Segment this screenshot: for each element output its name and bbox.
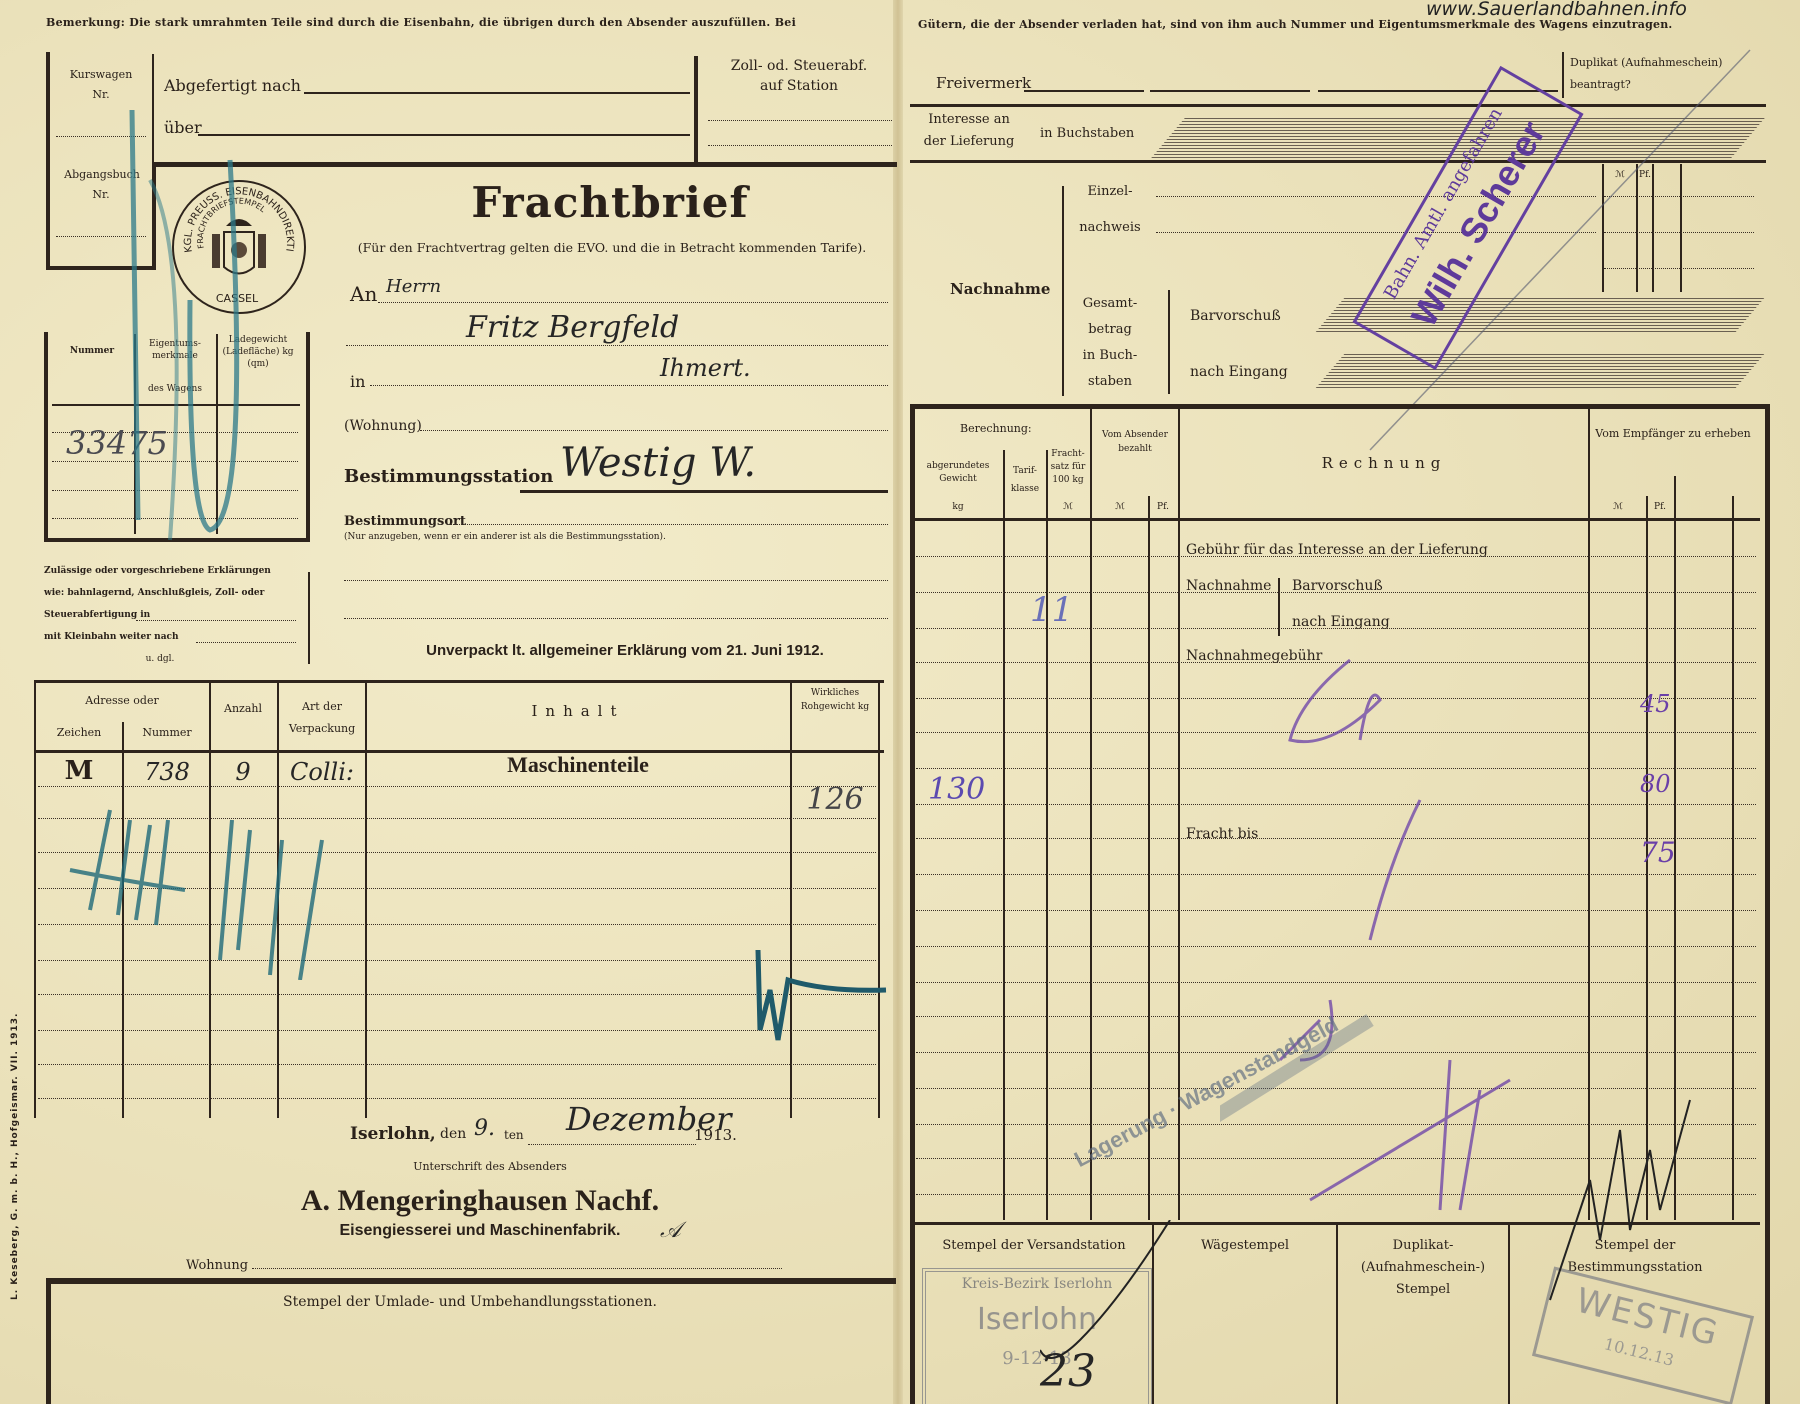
einzel-label-2: nachweis bbox=[1070, 220, 1150, 235]
gesamt-label-4: staben bbox=[1070, 374, 1150, 389]
einzel-label-1: Einzel- bbox=[1070, 184, 1150, 199]
steuerabfertigung-field[interactable] bbox=[136, 620, 296, 621]
freivermerk-field[interactable] bbox=[1024, 90, 1144, 92]
nachnahme-brace bbox=[1062, 186, 1064, 396]
nachnahme-label: Nachnahme bbox=[950, 280, 1050, 298]
col-gewicht: abgerundetes Gewicht bbox=[914, 460, 1002, 486]
blue-pencil-scribble bbox=[110, 100, 280, 560]
zoll-label-2: auf Station bbox=[706, 78, 892, 94]
date-day[interactable]: 9. bbox=[474, 1116, 495, 1141]
ten-label: ten bbox=[504, 1128, 524, 1142]
col-frachtsatz: Fracht-satz für 100 kg bbox=[1047, 448, 1089, 487]
stamp-waege-label: Wägestempel bbox=[1154, 1238, 1336, 1253]
place-label: Iserlohn, bbox=[350, 1124, 436, 1144]
dotted-line bbox=[378, 302, 888, 303]
freivermerk-field-line bbox=[1150, 90, 1310, 92]
an-label: An bbox=[350, 282, 377, 306]
gesamt-label-1: Gesamt- bbox=[1070, 296, 1150, 311]
recipient-name[interactable]: Fritz Bergfeld bbox=[466, 310, 679, 345]
box-border bbox=[44, 332, 48, 340]
goods-header-nummer: Nummer bbox=[124, 726, 210, 739]
goods-header-anzahl: Anzahl bbox=[211, 696, 275, 722]
dotted-line bbox=[420, 430, 888, 431]
declaration-line3: Steuerabfertigung in bbox=[44, 610, 150, 620]
remark-left: Bemerkung: Die stark umrahmten Teile sin… bbox=[46, 16, 796, 29]
gesamt-label-2: betrag bbox=[1070, 322, 1150, 337]
col-empfaenger: Vom Empfänger zu erheben bbox=[1590, 424, 1756, 444]
stamp-duplikat-label-2: (Aufnahmeschein-) bbox=[1338, 1260, 1508, 1275]
signature-initials[interactable]: 𝒜 bbox=[660, 1218, 681, 1243]
dotted-line bbox=[450, 524, 888, 525]
goods-header-zeichen: Zeichen bbox=[36, 726, 122, 739]
row-rule bbox=[916, 556, 1756, 557]
zoll-label-1: Zoll- od. Steuerabf. bbox=[706, 58, 892, 74]
thick-divider bbox=[46, 1278, 896, 1284]
goods-verpackung[interactable]: Colli: bbox=[279, 758, 365, 786]
table-divider bbox=[365, 682, 367, 1118]
freivermerk-label: Freivermerk bbox=[936, 74, 1031, 92]
station-label: Bestimmungsstation bbox=[344, 466, 553, 487]
date-year: 1913. bbox=[694, 1126, 737, 1144]
in-buchstaben-label: in Buchstaben bbox=[1040, 126, 1134, 141]
col-frachtsatz-unit: ℳ bbox=[1047, 502, 1089, 512]
signature-label: Unterschrift des Absenders bbox=[330, 1160, 650, 1173]
interesse-label-2: der Lieferung bbox=[914, 134, 1024, 149]
an-value[interactable]: Herrn bbox=[386, 276, 441, 297]
table-divider bbox=[790, 682, 792, 1118]
col-rechnung: Rechnung bbox=[1180, 454, 1588, 472]
gesamt-brace bbox=[1168, 290, 1170, 394]
col-absender-m: ℳ bbox=[1092, 502, 1148, 512]
dotted-line bbox=[528, 1144, 696, 1145]
declaration-line4: mit Kleinbahn weiter nach bbox=[44, 632, 179, 642]
ink-stroke bbox=[1040, 1220, 1180, 1380]
goods-inhalt[interactable]: Maschinenteile bbox=[367, 752, 789, 778]
ink-signature bbox=[1530, 1090, 1710, 1310]
wohnung-bottom-label: Wohnung bbox=[186, 1258, 248, 1273]
goods-header-gewicht: Wirkliches Rohgewicht kg bbox=[792, 686, 878, 714]
wohnung-label: (Wohnung) bbox=[344, 418, 422, 434]
dotted-line bbox=[344, 618, 888, 619]
table-divider bbox=[1046, 450, 1048, 1220]
table-divider bbox=[915, 518, 1760, 521]
ort-label: Bestimmungsort bbox=[344, 514, 466, 529]
berechnung-label: Berechnung: bbox=[960, 422, 1032, 435]
tally-marks-icon bbox=[60, 800, 340, 980]
calc-tarif-value[interactable]: 11 bbox=[1030, 590, 1073, 630]
company-name: A. Mengeringhausen Nachf. bbox=[230, 1184, 730, 1218]
dotted-line bbox=[708, 145, 892, 146]
goods-anzahl[interactable]: 9 bbox=[211, 758, 275, 786]
document-title: Frachtbrief bbox=[330, 178, 890, 227]
dotted-line bbox=[344, 580, 888, 581]
in-value[interactable]: Ihmert. bbox=[660, 354, 751, 382]
kleinbahn-field[interactable] bbox=[196, 642, 296, 643]
dotted-line bbox=[38, 786, 876, 787]
wohnung-field[interactable] bbox=[252, 1268, 782, 1269]
station-value[interactable]: Westig W. bbox=[560, 440, 756, 486]
calc-gewicht-value[interactable]: 130 bbox=[928, 772, 985, 807]
dotted-line bbox=[708, 120, 892, 121]
ort-note: (Nur anzugeben, wenn er ein anderer ist … bbox=[344, 532, 666, 542]
unverpackt-note: Unverpackt lt. allgemeiner Erklärung vom… bbox=[370, 642, 880, 659]
goods-zeichen[interactable]: M bbox=[36, 756, 122, 786]
goods-header-verpackung: Art der Verpackung bbox=[279, 696, 365, 740]
col-absender-pf: Pf. bbox=[1148, 502, 1178, 512]
printer-imprint: L. Keseberg, G. m. b. H., Hofgeismar. VI… bbox=[10, 1013, 20, 1300]
col-empfaenger-pf: Pf. bbox=[1646, 502, 1674, 512]
stamp-duplikat-label-3: Stempel bbox=[1338, 1282, 1508, 1297]
goods-header-inhalt: Inhalt bbox=[367, 702, 789, 720]
declaration-brace bbox=[308, 572, 310, 664]
box-border bbox=[694, 56, 698, 166]
nach-eingang-label: nach Eingang bbox=[1190, 364, 1288, 380]
den-label: den bbox=[440, 1126, 466, 1142]
document-subtitle: (Für den Frachtvertrag gelten die EVO. u… bbox=[330, 240, 894, 255]
table-border bbox=[34, 680, 884, 683]
barvorschuss-label: Barvorschuß bbox=[1190, 308, 1281, 324]
table-divider bbox=[34, 682, 36, 1118]
dotted-line bbox=[38, 1064, 876, 1065]
box-border bbox=[46, 52, 50, 270]
thick-divider bbox=[46, 1278, 51, 1404]
goods-nummer[interactable]: 738 bbox=[124, 758, 210, 786]
station-underline bbox=[520, 490, 888, 493]
declaration-line1: Zulässige oder vorgeschriebene Erklärung… bbox=[44, 566, 271, 576]
table-divider bbox=[1090, 408, 1092, 1220]
dotted-line bbox=[346, 345, 888, 346]
table-divider bbox=[878, 682, 880, 1118]
blue-w-mark-icon bbox=[748, 950, 888, 1050]
declaration-line5: u. dgl. bbox=[130, 654, 190, 664]
col-tarif: Tarif-klasse bbox=[1004, 462, 1046, 498]
page-fold bbox=[893, 0, 903, 1404]
umlade-label: Stempel der Umlade- und Umbehandlungssta… bbox=[220, 1294, 720, 1310]
watermark: www.Sauerlandbahnen.info bbox=[1426, 0, 1687, 20]
declaration-line2: wie: bahnlagernd, Anschlußgleis, Zoll- o… bbox=[44, 588, 264, 598]
goods-gewicht[interactable]: 126 bbox=[792, 782, 878, 817]
abgefertigt-label: Abgefertigt nach bbox=[164, 76, 301, 95]
interesse-label-1: Interesse an bbox=[914, 112, 1024, 127]
col-absender: Vom Absender bezahlt bbox=[1092, 428, 1178, 456]
pencil-diagonal-line bbox=[1360, 40, 1780, 460]
dotted-line bbox=[370, 385, 888, 386]
dotted-line bbox=[38, 1098, 876, 1099]
company-subtitle: Eisengiesserei und Maschinenfabrik. bbox=[250, 1222, 710, 1240]
stamp-duplikat-label-1: Duplikat- bbox=[1338, 1238, 1508, 1253]
table-divider bbox=[1003, 450, 1005, 1220]
kurswagen-label: Kurswagen bbox=[56, 68, 146, 81]
in-label: in bbox=[350, 372, 365, 391]
freight-letter-document: Bemerkung: Die stark umrahmten Teile sin… bbox=[0, 0, 1800, 1404]
goods-header-group: Adresse oder bbox=[36, 694, 208, 707]
gesamt-label-3: in Buch- bbox=[1070, 348, 1150, 363]
col-gewicht-unit: kg bbox=[914, 502, 1002, 512]
col-empfaenger-m: ℳ bbox=[1590, 502, 1646, 512]
abgefertigt-field[interactable] bbox=[304, 92, 690, 94]
